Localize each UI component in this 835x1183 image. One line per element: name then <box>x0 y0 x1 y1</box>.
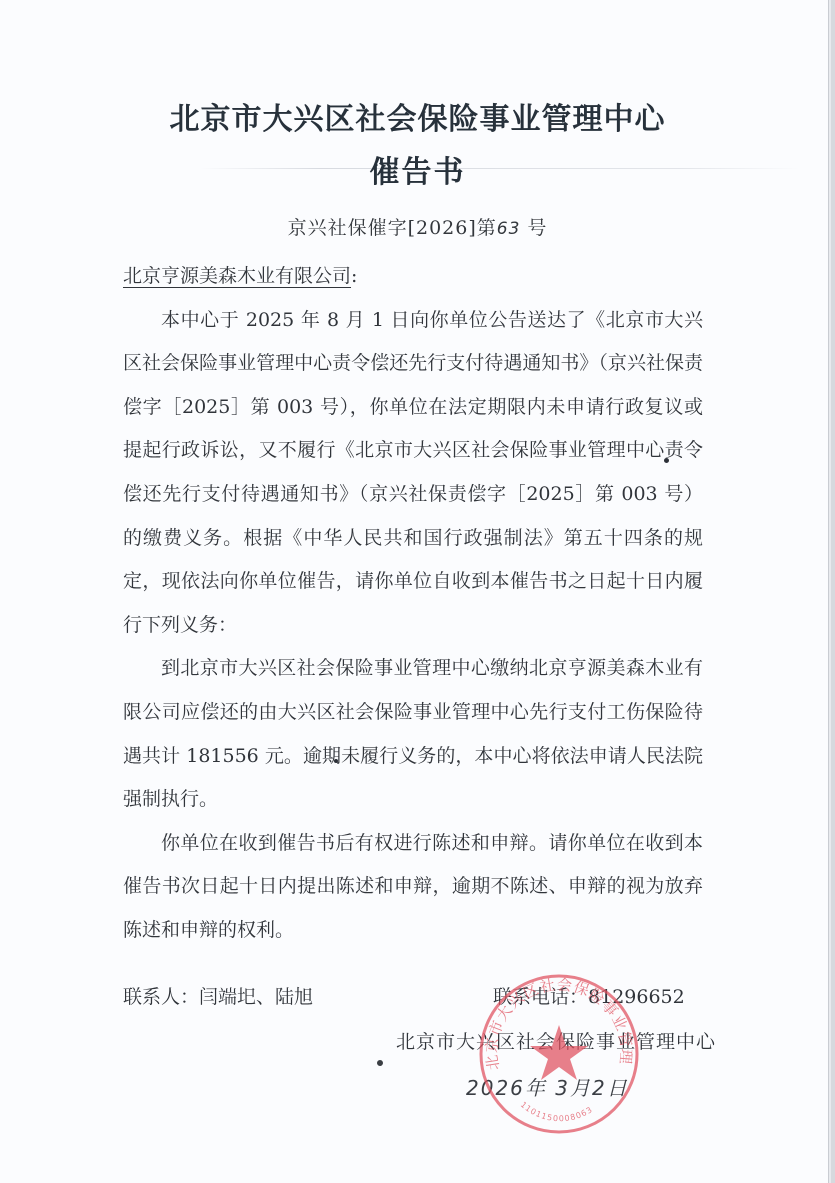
addressee: 北京亨源美森木业有限公司 <box>123 265 351 287</box>
phone-label: 联系电话： <box>493 986 588 1008</box>
contact-persons: 联系人：闫端圯、陆旭 <box>123 982 313 1009</box>
paragraph-obligation: 到北京市大兴区社会保险事业管理中心缴纳北京亨源美森木业有限公司应偿还的由大兴区社… <box>123 647 703 821</box>
document-number-suffix: 号 <box>520 217 547 239</box>
document-subtitle: 催告书 <box>0 147 835 191</box>
phone-number: 81296652 <box>588 986 685 1008</box>
document-number: 京兴社保催字[2026]第63 号 <box>0 213 835 240</box>
contact-names: 闫端圯、陆旭 <box>199 986 313 1008</box>
scan-speck <box>664 458 669 463</box>
paragraph-notice: 本中心于 2025 年 8 月 1 日向你单位公告送达了《北京市大兴区社会保险事… <box>123 299 703 648</box>
paragraph-rights: 你单位在收到催告书后有权进行陈述和申辩。请你单位在收到本催告书次日起十日内提出陈… <box>123 822 703 953</box>
contact-info: 联系人：闫端圯、陆旭 联系电话：81296652 <box>123 982 703 1022</box>
addressee-colon: : <box>351 265 357 287</box>
seal-code: 1101150008063 <box>519 1100 595 1123</box>
contact-phone: 联系电话：81296652 <box>493 982 685 1009</box>
document-body: 北京亨源美森木业有限公司: 本中心于 2025 年 8 月 1 日向你单位公告送… <box>123 255 703 953</box>
scan-speck <box>377 1060 383 1066</box>
scan-speck <box>334 759 338 763</box>
signing-organization: 北京市大兴区社会保险事业管理中心 <box>396 1027 716 1054</box>
document-number-handwritten: 63 <box>497 219 521 239</box>
contact-label: 联系人： <box>123 986 199 1008</box>
signing-date: 2026年 3月2日 <box>466 1072 629 1101</box>
addressee-line: 北京亨源美森木业有限公司: <box>123 255 703 299</box>
document-title: 北京市大兴区社会保险事业管理中心 <box>0 94 835 138</box>
document-number-prefix: 京兴社保催字[2026]第 <box>288 217 497 239</box>
svg-text:1101150008063: 1101150008063 <box>519 1100 595 1123</box>
